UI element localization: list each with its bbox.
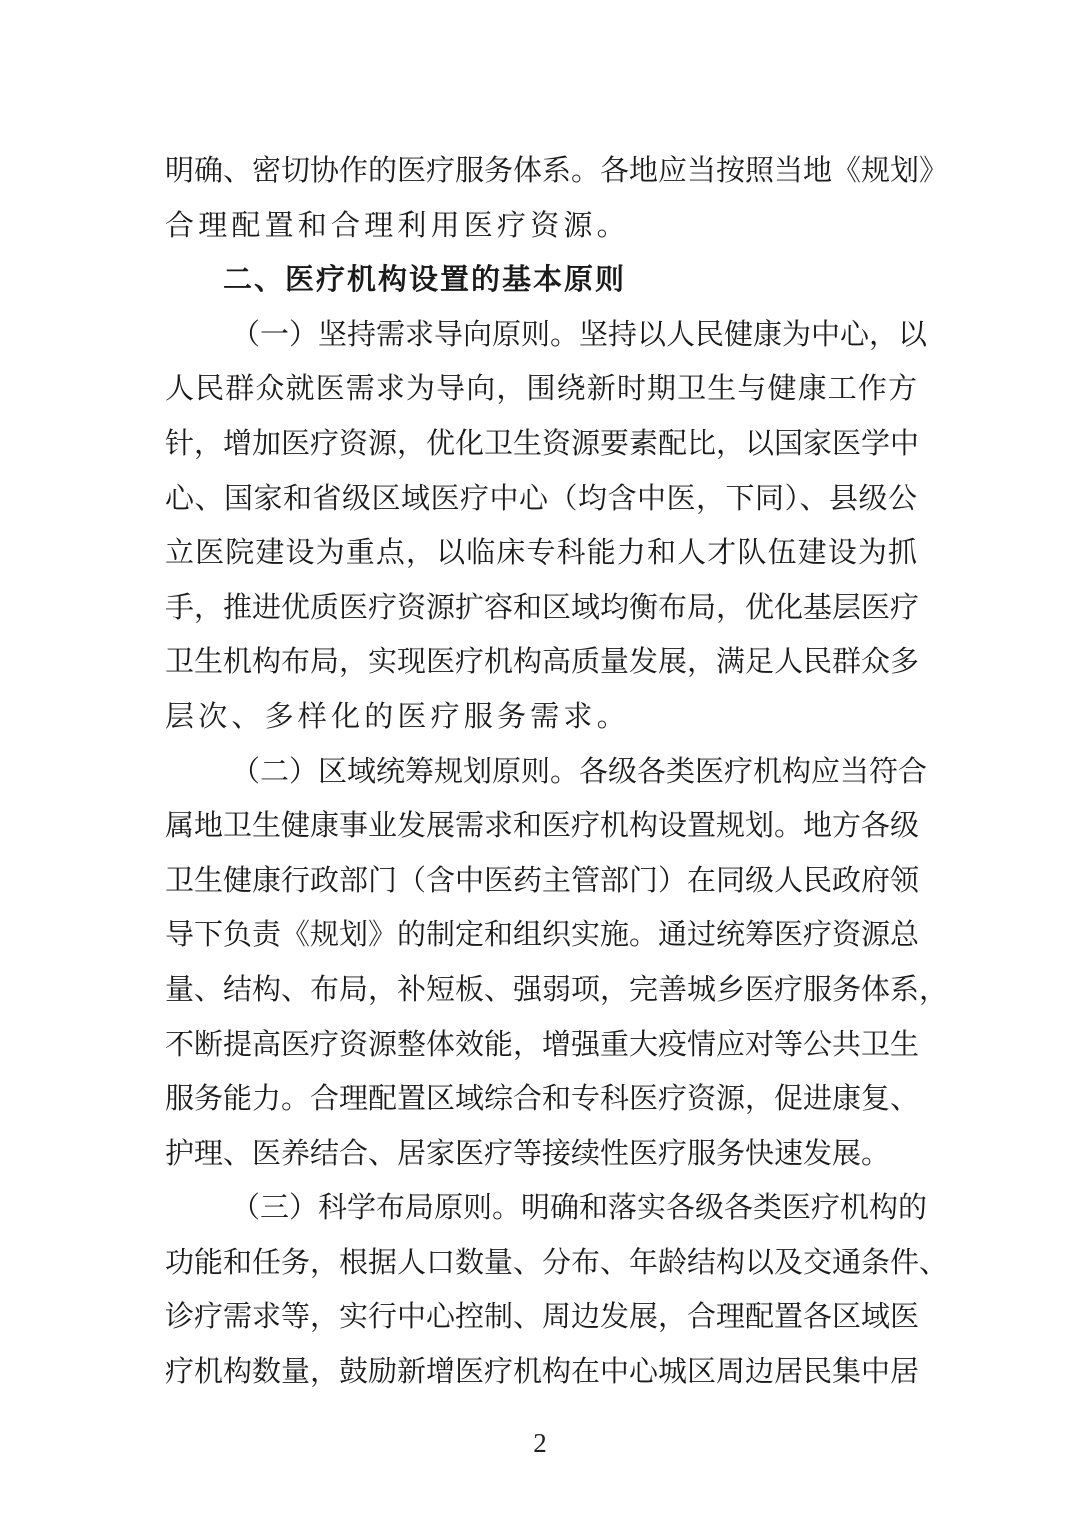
paragraph-first-line: （二）区域统筹规划原则。各级各类医疗机构应当符合 — [165, 744, 917, 799]
body-line: 合理配置和合理利用医疗资源。 — [165, 198, 917, 253]
body-line: 服务能力。合理配置区域综合和专科医疗资源，促进康复、 — [165, 1071, 917, 1126]
body-line: 量、结构、布局，补短板、强弱项，完善城乡医疗服务体系， — [165, 962, 917, 1017]
section-heading: 二、医疗机构设置的基本原则 — [165, 252, 917, 307]
body-line: 心、国家和省级区域医疗中心（均含中医，下同）、县级公 — [165, 471, 917, 526]
body-line: 导下负责《规划》的制定和组织实施。通过统筹医疗资源总 — [165, 907, 917, 962]
paragraph-first-line: （三）科学布局原则。明确和落实各级各类医疗机构的 — [165, 1180, 917, 1235]
body-line: 明确、密切协作的医疗服务体系。各地应当按照当地《规划》 — [165, 143, 917, 198]
body-line: 疗机构数量，鼓励新增医疗机构在中心城区周边居民集中居 — [165, 1344, 917, 1399]
body-line: 护理、医养结合、居家医疗等接续性医疗服务快速发展。 — [165, 1126, 917, 1181]
body-line: 卫生健康行政部门（含中医药主管部门）在同级人民政府领 — [165, 853, 917, 908]
paragraph-first-line: （一）坚持需求导向原则。坚持以人民健康为中心，以 — [165, 307, 917, 362]
body-line: 功能和任务，根据人口数量、分布、年龄结构以及交通条件、 — [165, 1235, 917, 1290]
body-line: 人民群众就医需求为导向，围绕新时期卫生与健康工作方 — [165, 361, 917, 416]
document-page: 明确、密切协作的医疗服务体系。各地应当按照当地《规划》 合理配置和合理利用医疗资… — [0, 0, 1080, 1526]
body-line: 不断提高医疗资源整体效能，增强重大疫情应对等公共卫生 — [165, 1017, 917, 1072]
body-line: 诊疗需求等，实行中心控制、周边发展，合理配置各区域医 — [165, 1289, 917, 1344]
body-line: 立医院建设为重点，以临床专科能力和人才队伍建设为抓 — [165, 525, 917, 580]
page-number: 2 — [0, 1428, 1080, 1459]
body-line: 层次、多样化的医疗服务需求。 — [165, 689, 917, 744]
body-line: 卫生机构布局，实现医疗机构高质量发展，满足人民群众多 — [165, 634, 917, 689]
body-line: 属地卫生健康事业发展需求和医疗机构设置规划。地方各级 — [165, 798, 917, 853]
body-line: 手，推进优质医疗资源扩容和区域均衡布局，优化基层医疗 — [165, 580, 917, 635]
body-line: 针，增加医疗资源，优化卫生资源要素配比，以国家医学中 — [165, 416, 917, 471]
document-body: 明确、密切协作的医疗服务体系。各地应当按照当地《规划》 合理配置和合理利用医疗资… — [165, 143, 917, 1399]
